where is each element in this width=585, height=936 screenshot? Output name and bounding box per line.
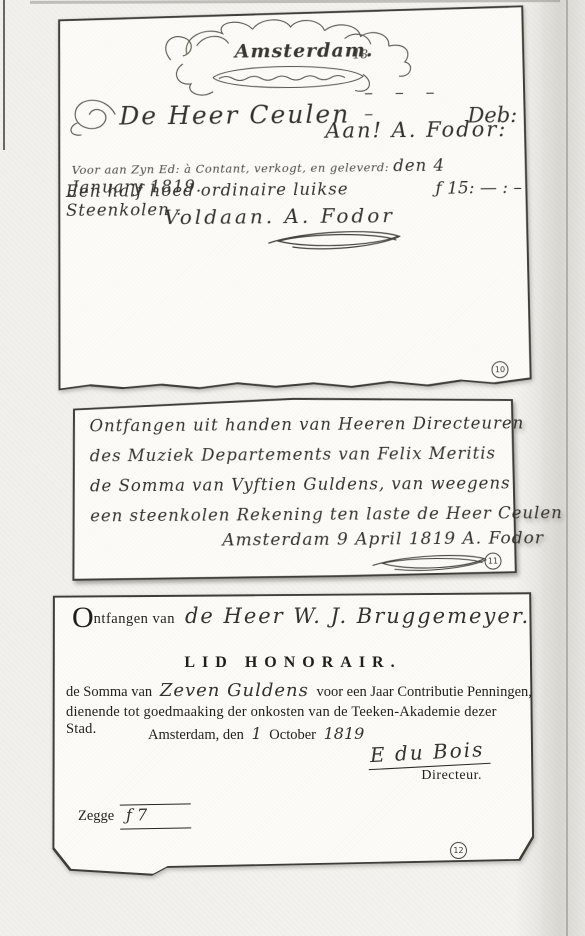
sum-amount: Zeven Guldens (160, 680, 309, 701)
date-prefix: Amsterdam, den (148, 727, 244, 743)
page-number-badge: 12 (450, 842, 467, 859)
scan-edge-line (3, 0, 5, 150)
zegge-label: Zegge (78, 808, 114, 825)
receipt-teeken-akademie: Ontfangen van de Heer W. J. Bruggemeyer.… (50, 590, 536, 878)
creditor-line: Aan! A. Fodor: (325, 117, 507, 143)
item-amount: ƒ 15: — : – (435, 178, 522, 199)
page-edge-shading (540, 0, 585, 936)
page-edge-line (566, 0, 568, 936)
signer-role: Directeur. (421, 768, 482, 784)
date-month: October (269, 727, 316, 743)
membership-title: LID HONORAIR. (52, 654, 534, 672)
received-label: ntfangen van (94, 611, 175, 627)
receipt-line: de Somma van Vyftien Guldens, van weegen… (90, 469, 504, 502)
zegge-amount-field: ƒ 7 (120, 803, 192, 829)
sum-prefix: de Somma van (66, 684, 152, 700)
letterhead-year-prefix: 18 (353, 47, 369, 61)
signature-flourish-icon (370, 553, 490, 574)
page-number-badge: 10 (491, 361, 508, 378)
receipt-line: een steenkolen Rekening ten laste de Hee… (90, 499, 504, 532)
date-year: 1819 (324, 724, 365, 743)
debtor-name: De Heer Ceulen (119, 99, 350, 130)
receipt-line: des Muziek Departements van Felix Meriti… (90, 439, 504, 472)
page-number-badge: 11 (484, 553, 501, 570)
payer-name: de Heer W. J. Bruggemeyer. (185, 604, 530, 628)
paid-line: Voldaan. A. Fodor (164, 203, 395, 229)
drop-cap-o: O (72, 601, 94, 634)
signature-flourish-icon (264, 228, 404, 253)
receipt-dateline: Amsterdam 9 April 1819 (222, 529, 456, 551)
date-day: 1 (251, 724, 261, 743)
receipt-signature: A. Fodor (462, 528, 544, 549)
receipt-felix-meritis: Ontfangen uit handen van Heeren Directeu… (69, 394, 518, 583)
receipt-line: Ontfangen uit handen van Heeren Directeu… (89, 409, 503, 442)
director-signature: E du Bois (367, 737, 491, 770)
zegge-value: ƒ 7 (126, 805, 148, 824)
sale-terms: Voor aan Zyn Ed: à Contant, verkogt, en … (72, 160, 389, 177)
debtor-flourish-icon (65, 93, 119, 131)
sum-suffix: voor een Jaar Contributie Penningen, (316, 684, 531, 700)
receipt-coal-bill: Amsterdam. 18 De Heer Ceulen – – – – Deb… (52, 3, 533, 395)
